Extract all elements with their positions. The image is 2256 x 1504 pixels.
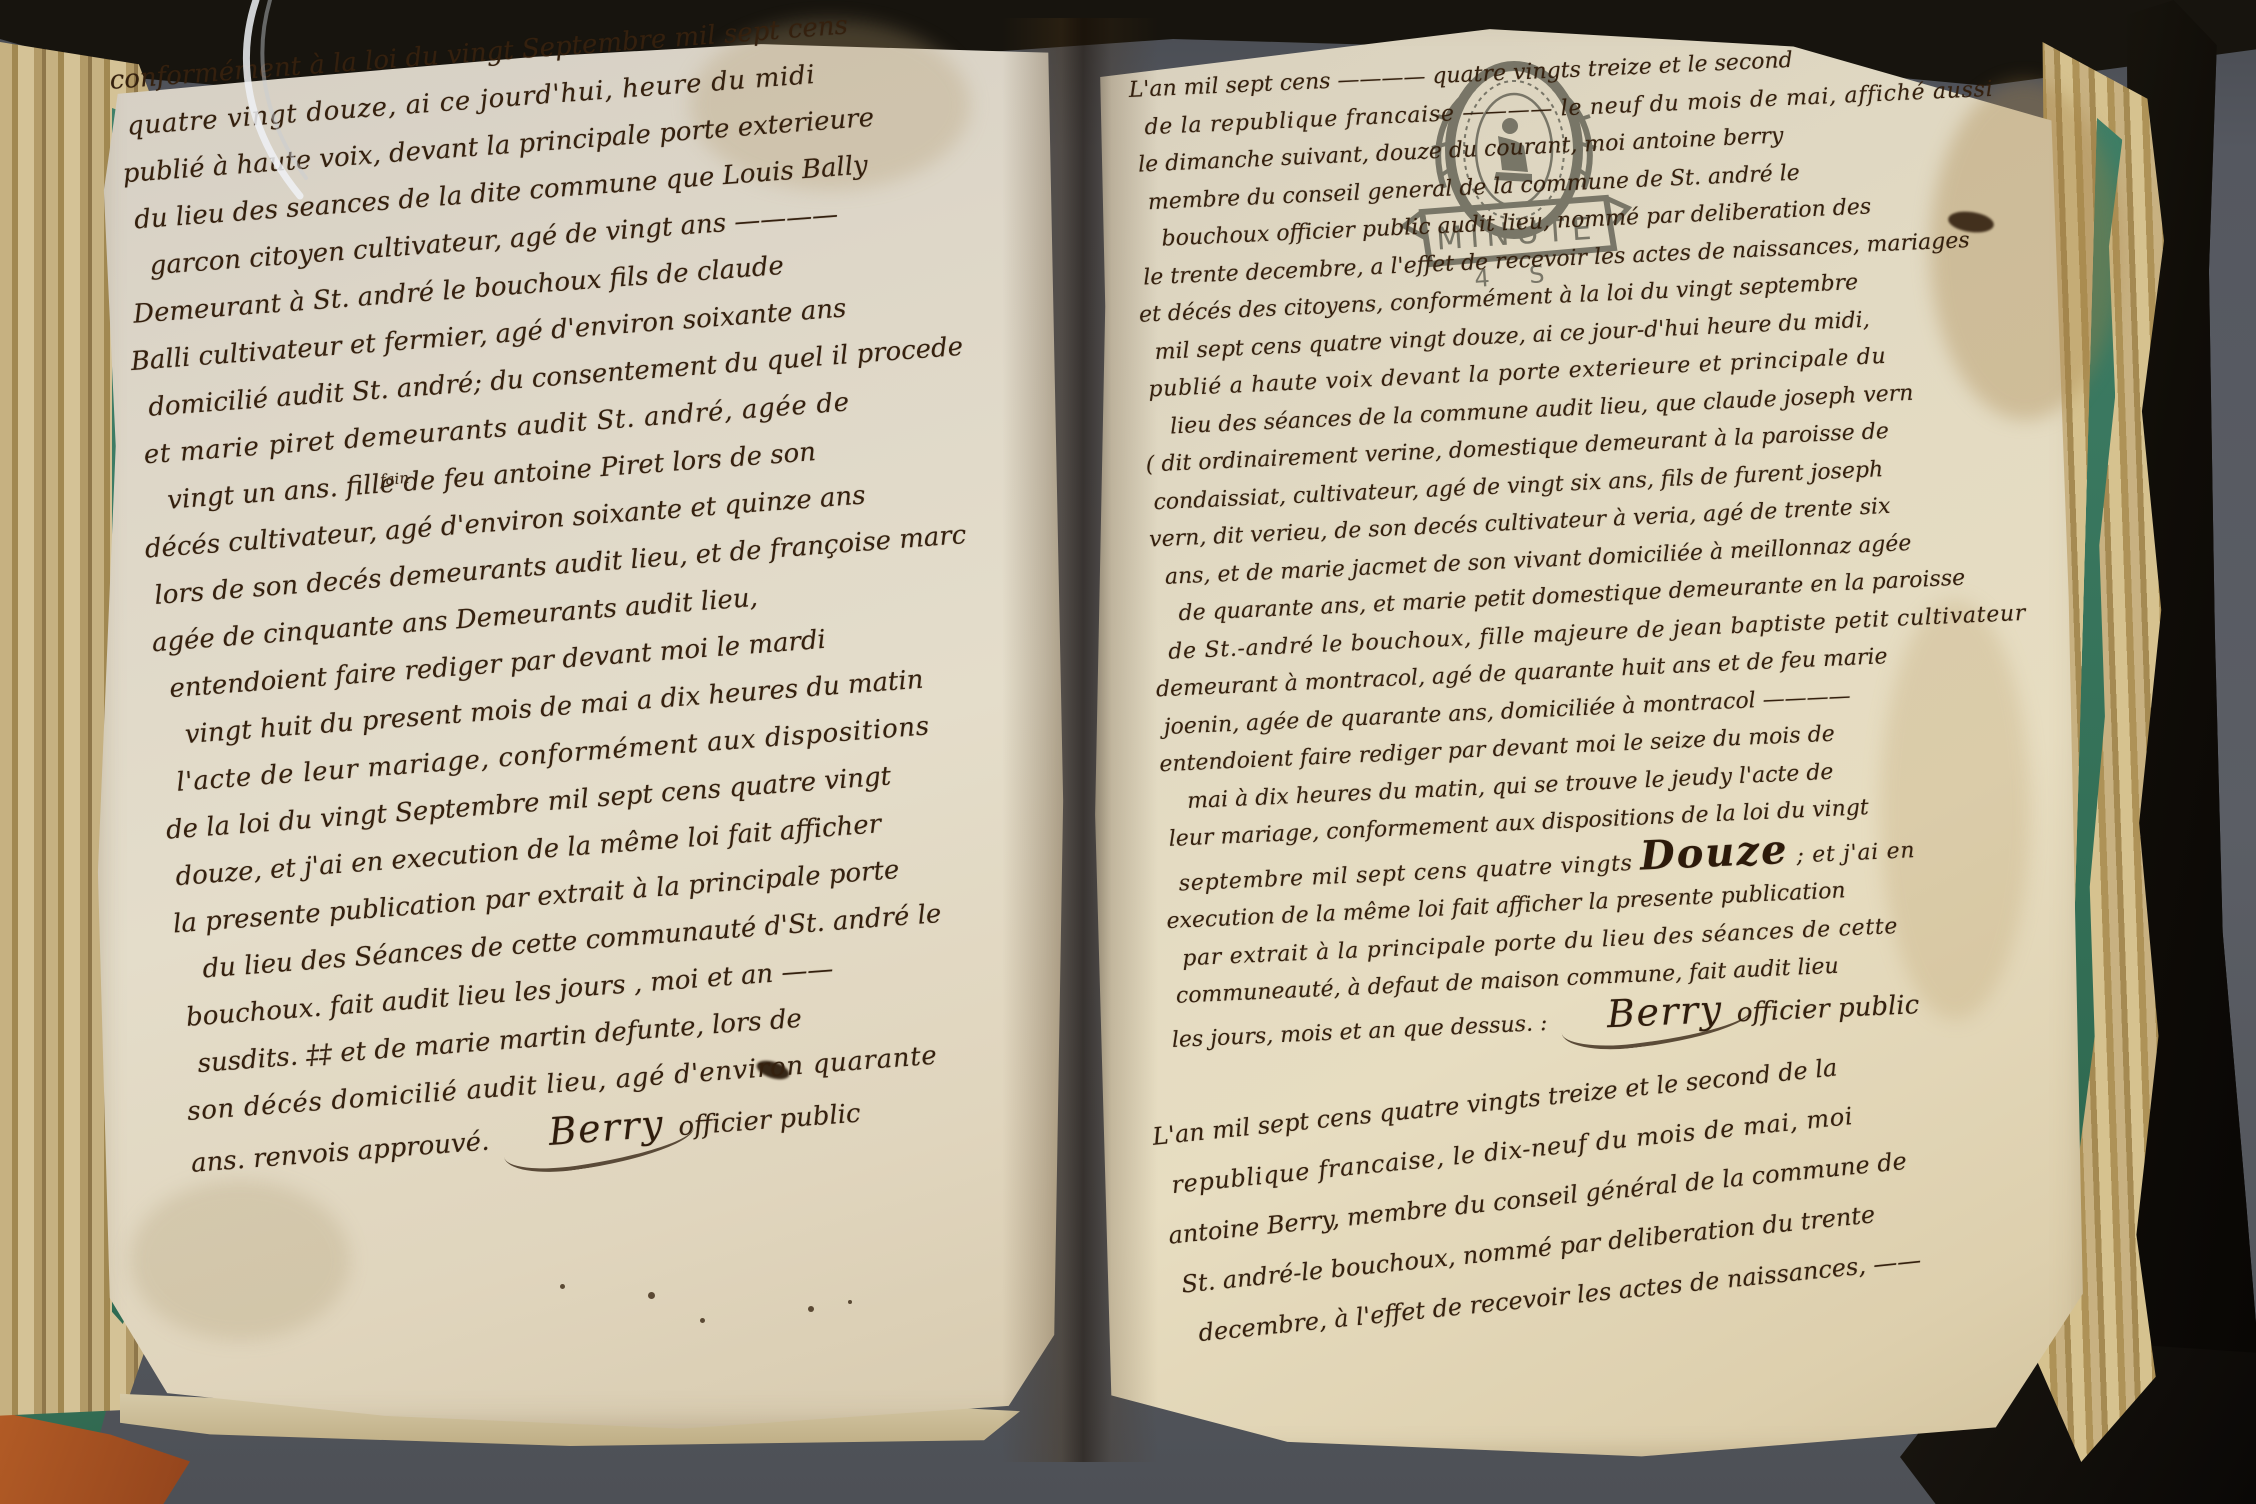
interlinear-note: fain — [379, 469, 409, 489]
ink-speck — [848, 1300, 852, 1304]
right-page-lines: L'an mil sept cens ———— quatre vingts tr… — [1128, 30, 2083, 858]
paper-stain — [130, 1180, 350, 1340]
manuscript-photo: MINUTE 4 S conformément à la loi du ving… — [0, 0, 2256, 1504]
ink-speck — [560, 1284, 565, 1289]
right-page-text-act1: L'an mil sept cens ———— quatre vingts tr… — [1128, 30, 2092, 1059]
emphasis-word: Douze — [1639, 825, 1790, 879]
right-signature-title: officier public — [1736, 987, 1920, 1033]
right-signature: Berry — [1606, 991, 1723, 1034]
ink-speck — [700, 1318, 705, 1323]
ink-speck — [648, 1292, 655, 1299]
emphasis-suffix: ; et j'ai en — [1788, 838, 1916, 869]
document-clip — [196, 0, 336, 220]
ink-speck — [808, 1306, 814, 1312]
left-signature: Berry — [547, 1100, 666, 1156]
